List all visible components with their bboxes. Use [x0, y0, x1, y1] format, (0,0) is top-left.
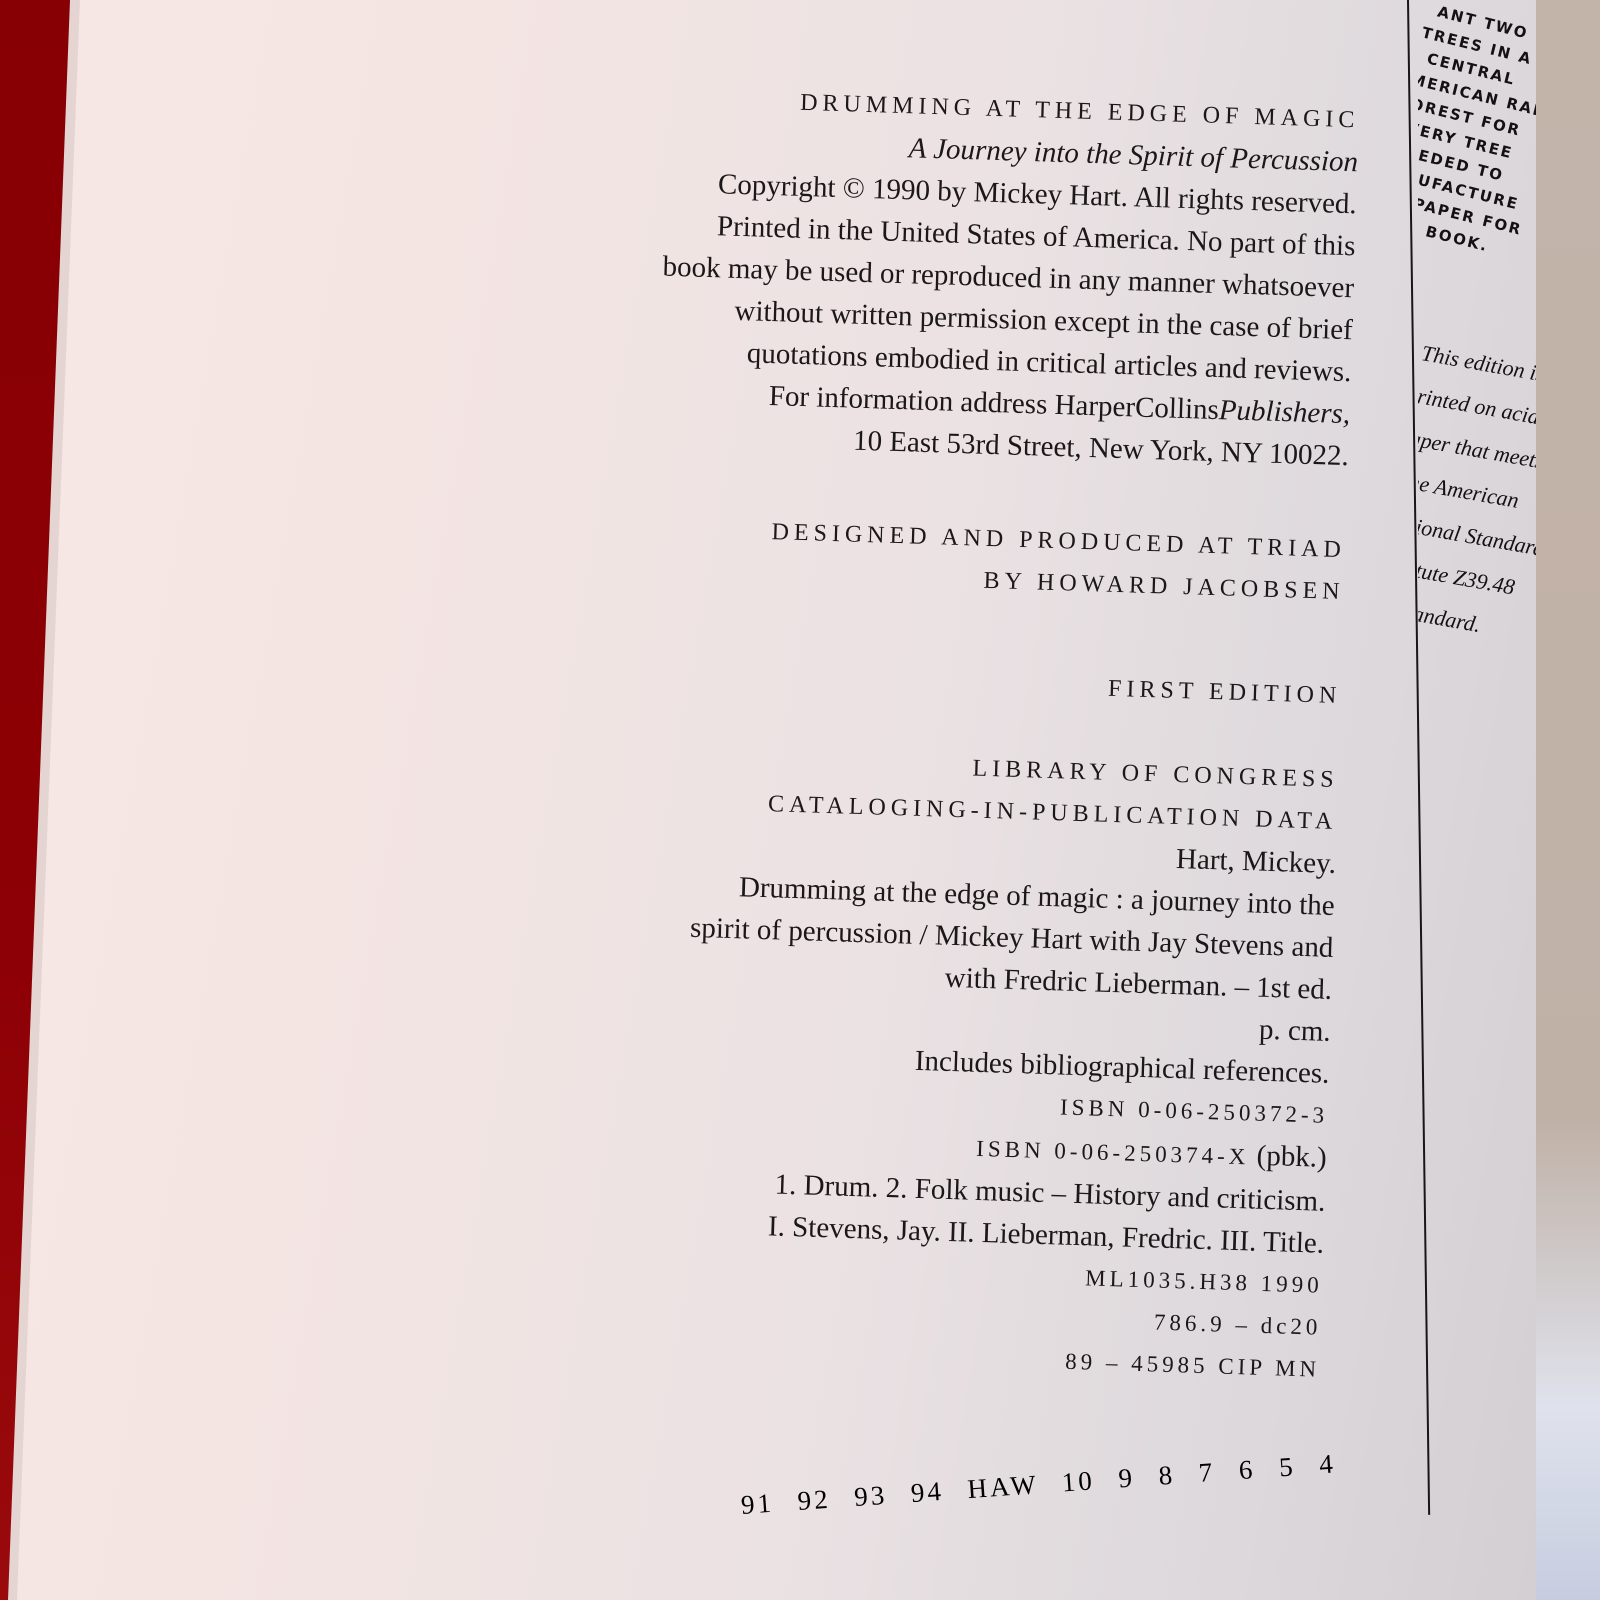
- edition-label: FIRST EDITION: [1107, 668, 1341, 717]
- isbn-paperback: ISBN 0-06-250374-X: [976, 1136, 1250, 1170]
- designer-credit: DESIGNED AND PRODUCED AT TRIAD BY HOWARD…: [770, 511, 1347, 613]
- publisher-name-italic: Publishers,: [1218, 394, 1350, 430]
- cip-block: LIBRARY OF CONGRESS CATALOGING-IN-PUBLIC…: [676, 739, 1339, 1391]
- title-block: DRUMMING AT THE EDGE OF MAGIC A Journey …: [657, 78, 1360, 478]
- acid-free-paper-notice: This edition is printed on acid-free pap…: [1418, 330, 1536, 651]
- paper-notice-column: ANT TWO TREES IN A CENTRAL AMERICAN RAIN…: [1418, 0, 1536, 700]
- copyright-text-area: DRUMMING AT THE EDGE OF MAGIC A Journey …: [0, 0, 1600, 1600]
- isbn-paperback-suffix: (pbk.): [1256, 1140, 1327, 1174]
- tree-planting-notice: ANT TWO TREES IN A CENTRAL AMERICAN RAIN…: [1418, 0, 1536, 261]
- photo-scene: DRUMMING AT THE EDGE OF MAGIC A Journey …: [0, 0, 1600, 1600]
- edition-block: FIRST EDITION: [1107, 668, 1341, 717]
